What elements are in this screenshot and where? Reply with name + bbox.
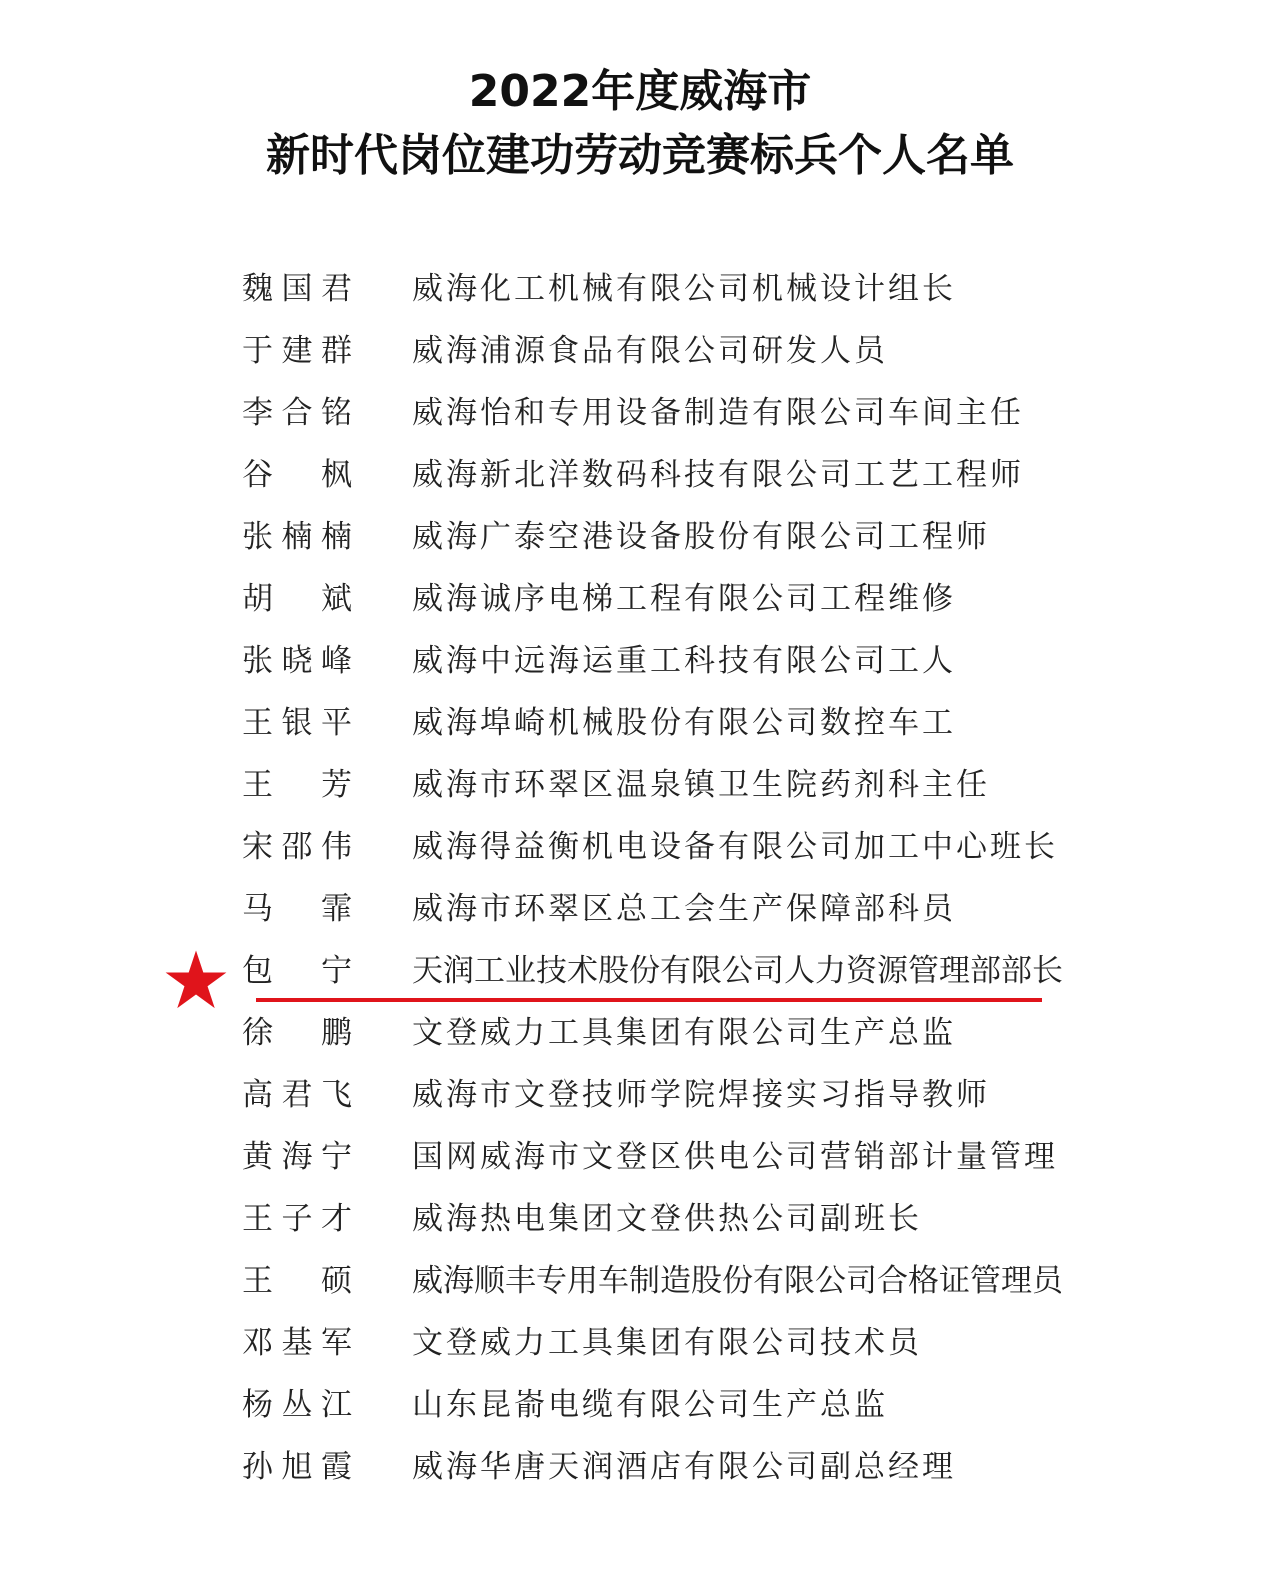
name-char-3: 硕 (321, 1250, 352, 1312)
name-char-1: 张 (242, 506, 273, 568)
name-char-1: 胡 (242, 568, 273, 630)
name-char-1: 孙 (242, 1436, 273, 1498)
awardee-organization: 威海诚序电梯工程有限公司工程维修 (412, 568, 956, 630)
awardee-organization: 威海华唐天润酒店有限公司副总经理 (412, 1436, 956, 1498)
name-char-3: 霞 (321, 1436, 352, 1498)
name-char-3: 宁 (321, 940, 352, 1002)
name-char-3: 芳 (321, 754, 352, 816)
list-item: 杨 丛 江 山东昆嵛电缆有限公司生产总监 (0, 1374, 1280, 1436)
awardee-name: 徐 鹏 (242, 1002, 352, 1064)
awardee-organization: 威海市文登技师学院焊接实习指导教师 (412, 1064, 990, 1126)
name-char-2: 国 (282, 258, 313, 320)
name-char-1: 王 (242, 754, 273, 816)
name-char-2: 邵 (282, 816, 313, 878)
list-item: 张 晓 峰 威海中远海运重工科技有限公司工人 (0, 630, 1280, 692)
awardee-name: 黄 海 宁 (242, 1126, 352, 1188)
name-char-3: 霏 (321, 878, 352, 940)
name-char-3: 铭 (321, 382, 352, 444)
red-star-icon (165, 949, 227, 1009)
title-line-1: 2022年度威海市 (0, 62, 1280, 122)
name-char-3: 斌 (321, 568, 352, 630)
awardee-list: 魏 国 君 威海化工机械有限公司机械设计组长 于 建 群 威海浦源食品有限公司研… (0, 258, 1280, 1498)
name-char-1: 于 (242, 320, 273, 382)
name-char-1: 王 (242, 1188, 273, 1250)
awardee-name: 马 霏 (242, 878, 352, 940)
awardee-name: 宋 邵 伟 (242, 816, 352, 878)
awardee-organization: 威海浦源食品有限公司研发人员 (412, 320, 888, 382)
name-char-2: 君 (282, 1064, 313, 1126)
name-char-3: 军 (321, 1312, 352, 1374)
awardee-name: 谷 枫 (242, 444, 352, 506)
name-char-3: 鹏 (321, 1002, 352, 1064)
name-char-2: 楠 (282, 506, 313, 568)
awardee-name: 张 楠 楠 (242, 506, 352, 568)
awardee-organization: 威海广泰空港设备股份有限公司工程师 (412, 506, 990, 568)
list-item: 谷 枫 威海新北洋数码科技有限公司工艺工程师 (0, 444, 1280, 506)
name-char-3: 飞 (321, 1064, 352, 1126)
awardee-organization: 威海新北洋数码科技有限公司工艺工程师 (412, 444, 1024, 506)
name-char-3: 宁 (321, 1126, 352, 1188)
list-item: 张 楠 楠 威海广泰空港设备股份有限公司工程师 (0, 506, 1280, 568)
awardee-organization: 威海中远海运重工科技有限公司工人 (412, 630, 956, 692)
document-title: 2022年度威海市 新时代岗位建功劳动竞赛标兵个人名单 (0, 62, 1280, 186)
awardee-organization: 威海顺丰专用车制造股份有限公司合格证管理员 (412, 1250, 1063, 1312)
name-char-1: 包 (242, 940, 273, 1002)
awardee-name: 李 合 铭 (242, 382, 352, 444)
name-char-3: 才 (321, 1188, 352, 1250)
awardee-organization: 文登威力工具集团有限公司生产总监 (412, 1002, 956, 1064)
name-char-2: 银 (282, 692, 313, 754)
awardee-organization: 威海市环翠区温泉镇卫生院药剂科主任 (412, 754, 990, 816)
list-item: 宋 邵 伟 威海得益衡机电设备有限公司加工中心班长 (0, 816, 1280, 878)
list-item: 孙 旭 霞 威海华唐天润酒店有限公司副总经理 (0, 1436, 1280, 1498)
list-item: 邓 基 军 文登威力工具集团有限公司技术员 (0, 1312, 1280, 1374)
name-char-2: 晓 (282, 630, 313, 692)
awardee-organization: 文登威力工具集团有限公司技术员 (412, 1312, 922, 1374)
awardee-organization: 威海埠崎机械股份有限公司数控车工 (412, 692, 956, 754)
name-char-2: 子 (282, 1188, 313, 1250)
list-item-highlighted: 包 宁 天润工业技术股份有限公司人力资源管理部部长 (0, 940, 1280, 1002)
awardee-name: 张 晓 峰 (242, 630, 352, 692)
name-char-3: 枫 (321, 444, 352, 506)
awardee-organization: 山东昆嵛电缆有限公司生产总监 (412, 1374, 888, 1436)
name-char-2: 旭 (282, 1436, 313, 1498)
name-char-1: 宋 (242, 816, 273, 878)
name-char-2: 建 (282, 320, 313, 382)
awardee-name: 邓 基 军 (242, 1312, 352, 1374)
awardee-name: 魏 国 君 (242, 258, 352, 320)
name-char-1: 李 (242, 382, 273, 444)
awardee-organization: 威海怡和专用设备制造有限公司车间主任 (412, 382, 1024, 444)
name-char-1: 谷 (242, 444, 273, 506)
name-char-3: 平 (321, 692, 352, 754)
list-item: 于 建 群 威海浦源食品有限公司研发人员 (0, 320, 1280, 382)
awardee-organization: 威海得益衡机电设备有限公司加工中心班长 (412, 816, 1058, 878)
name-char-1: 张 (242, 630, 273, 692)
name-char-1: 王 (242, 692, 273, 754)
awardee-name: 王 硕 (242, 1250, 352, 1312)
list-item: 胡 斌 威海诚序电梯工程有限公司工程维修 (0, 568, 1280, 630)
name-char-1: 王 (242, 1250, 273, 1312)
name-char-1: 邓 (242, 1312, 273, 1374)
name-char-2: 基 (282, 1312, 313, 1374)
name-char-2: 海 (282, 1126, 313, 1188)
title-line-2: 新时代岗位建功劳动竞赛标兵个人名单 (0, 126, 1280, 186)
name-char-3: 楠 (321, 506, 352, 568)
list-item: 王 硕 威海顺丰专用车制造股份有限公司合格证管理员 (0, 1250, 1280, 1312)
awardee-organization: 国网威海市文登区供电公司营销部计量管理 (412, 1126, 1058, 1188)
name-char-3: 峰 (321, 630, 352, 692)
awardee-name: 王 子 才 (242, 1188, 352, 1250)
awardee-name: 孙 旭 霞 (242, 1436, 352, 1498)
awardee-organization: 天润工业技术股份有限公司人力资源管理部部长 (412, 940, 1063, 1002)
name-char-1: 高 (242, 1064, 273, 1126)
name-char-3: 群 (321, 320, 352, 382)
awardee-organization: 威海热电集团文登供热公司副班长 (412, 1188, 922, 1250)
name-char-2: 丛 (282, 1374, 313, 1436)
name-char-1: 徐 (242, 1002, 273, 1064)
name-char-3: 君 (321, 258, 352, 320)
awardee-name: 王 芳 (242, 754, 352, 816)
list-item: 高 君 飞 威海市文登技师学院焊接实习指导教师 (0, 1064, 1280, 1126)
list-item: 王 芳 威海市环翠区温泉镇卫生院药剂科主任 (0, 754, 1280, 816)
awardee-organization: 威海化工机械有限公司机械设计组长 (412, 258, 956, 320)
list-item: 马 霏 威海市环翠区总工会生产保障部科员 (0, 878, 1280, 940)
list-item: 魏 国 君 威海化工机械有限公司机械设计组长 (0, 258, 1280, 320)
awardee-name: 王 银 平 (242, 692, 352, 754)
list-item: 王 银 平 威海埠崎机械股份有限公司数控车工 (0, 692, 1280, 754)
list-item: 李 合 铭 威海怡和专用设备制造有限公司车间主任 (0, 382, 1280, 444)
awardee-name: 包 宁 (242, 940, 352, 1002)
name-char-3: 伟 (321, 816, 352, 878)
name-char-3: 江 (321, 1374, 352, 1436)
name-char-2: 合 (282, 382, 313, 444)
awardee-name: 杨 丛 江 (242, 1374, 352, 1436)
name-char-1: 黄 (242, 1126, 273, 1188)
list-item: 徐 鹏 文登威力工具集团有限公司生产总监 (0, 1002, 1280, 1064)
name-char-1: 杨 (242, 1374, 273, 1436)
awardee-name: 高 君 飞 (242, 1064, 352, 1126)
awardee-organization: 威海市环翠区总工会生产保障部科员 (412, 878, 956, 940)
awardee-name: 于 建 群 (242, 320, 352, 382)
name-char-1: 魏 (242, 258, 273, 320)
list-item: 黄 海 宁 国网威海市文登区供电公司营销部计量管理 (0, 1126, 1280, 1188)
awardee-name: 胡 斌 (242, 568, 352, 630)
name-char-1: 马 (242, 878, 273, 940)
list-item: 王 子 才 威海热电集团文登供热公司副班长 (0, 1188, 1280, 1250)
